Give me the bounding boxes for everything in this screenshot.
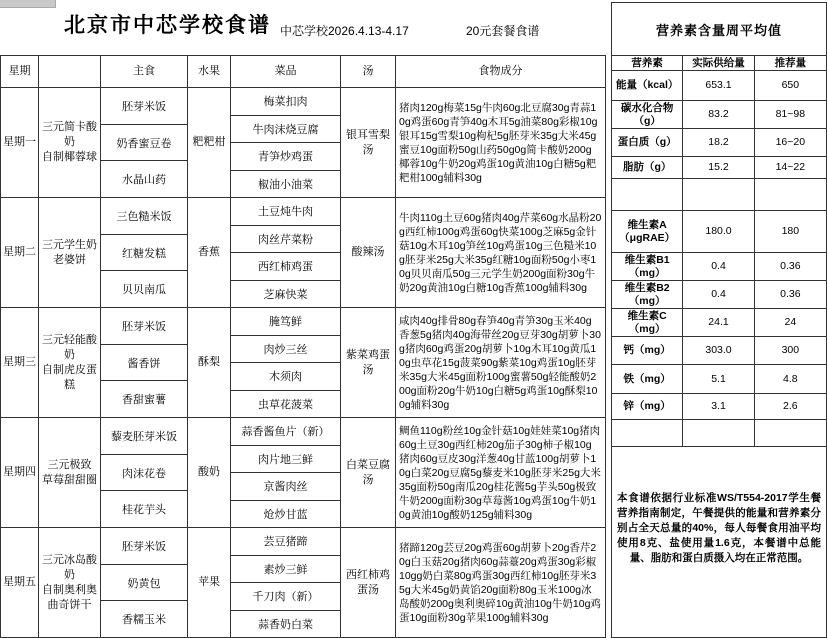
dish-item: 芝麻快菜 (231, 281, 340, 308)
fruit-cell: 苹果 (188, 528, 231, 638)
nutrient-recommended: 180 (755, 211, 826, 253)
dish-item: 肉片地三鲜 (231, 446, 340, 474)
nutrient-actual: 3.1 (683, 394, 754, 420)
nutrition-row-vitamin-a: 维生素A（μgRAE） 180.0 180 (612, 211, 826, 253)
staples-stack: 藜麦胚芽米饭 肉沫花卷 桂花芋头 (101, 418, 188, 528)
dishes-stack: 土豆炖牛肉 肉丝芹菜粉 西红柿鸡蛋 芝麻快菜 (231, 198, 341, 308)
meal-price-label: 20元套餐食谱 (466, 22, 539, 39)
soup-cell: 银耳雪梨汤 (341, 88, 396, 198)
col-header-day: 星期 (1, 56, 39, 88)
menu-row-monday: 星期一 三元简卡酸奶 自制椰蓉球 胚芽米饭 奶香蜜豆卷 水晶山药 粑粑柑 梅菜扣… (1, 88, 606, 198)
nutrition-row-vitamin-c: 维生素C（mg） 24.1 24 (612, 309, 826, 337)
nutrient-actual: 18.2 (683, 129, 754, 157)
dish-item: 牛肉沫烧豆腐 (231, 116, 340, 144)
dish-item: 千刀肉（新） (231, 583, 340, 611)
nutrient-actual: 0.4 (683, 281, 754, 309)
ingredients-text: 猪蹄120g芸豆20g鸡蛋60g胡萝卜20g香芹20g白玉菇20g猪肉60g蒜薹… (399, 541, 602, 625)
nutrition-row-protein: 蛋白质（g） 18.2 16~20 (612, 129, 826, 157)
ingredients-text: 鲷鱼110g粉丝10g金针菇10g娃娃菜10g猪肉60g土豆30g西红柿20g茄… (399, 424, 602, 522)
dish-item: 虫草花菠菜 (231, 391, 340, 418)
nutrition-row-vitamin-b1: 维生素B1（mg） 0.4 0.36 (612, 253, 826, 281)
ingredients-text: 咸肉40g排骨80g春笋40g青笋30g玉米40g香葱5g猪肉40g海带丝20g… (399, 314, 602, 412)
fruit-cell: 粑粑柑 (188, 88, 231, 198)
nutrient-recommended: 14~22 (755, 157, 826, 179)
menu-row-friday: 星期五 三元冰岛酸奶 自制奥利奥曲奇饼干 胚芽米饭 奶黄包 香糯玉米 苹果 芸豆… (1, 528, 606, 638)
nutrient-actual: 83.2 (683, 101, 754, 129)
nutrition-row-iron: 铁（mg） 5.1 4.8 (612, 365, 826, 394)
nutrient-actual: 5.1 (683, 365, 754, 394)
nutrient-name: 能量（kcal） (612, 71, 683, 101)
dish-item: 梅菜扣肉 (231, 88, 340, 116)
ingredients-cell: 鲷鱼110g粉丝10g金针菇10g娃娃菜10g猪肉60g土豆30g西红柿20g茄… (396, 418, 606, 528)
nutrient-recommended: 300 (755, 337, 826, 365)
dishes-stack: 芸豆猪蹄 素炒三鲜 千刀肉（新） 蒜香奶白菜 (231, 528, 341, 638)
nutrition-row-spacer (612, 420, 826, 447)
col-header-soup: 汤 (341, 56, 396, 88)
dishes-stack: 腌笃鲜 肉炒三丝 木须肉 虫草花菠菜 (231, 308, 341, 418)
nutrition-row-vitamin-b2: 维生素B2（mg） 0.4 0.36 (612, 281, 826, 309)
nutrition-panel: 营养素含量周平均值 营养素 实际供给量 推荐量 能量（kcal） 653.1 6… (611, 2, 827, 638)
nutrient-name: 蛋白质（g） (612, 129, 683, 157)
ingredients-text: 猪肉120g梅菜15g牛肉60g北豆腐30g青蒜10g鸡蛋60g青笋40g木耳5… (399, 101, 602, 185)
staple-item: 红糖发糕 (101, 235, 187, 272)
nutrient-recommended: 0.36 (755, 281, 826, 309)
col-header-extras (39, 56, 101, 88)
nutrient-recommended: 2.6 (755, 394, 826, 420)
staple-item: 奶香蜜豆卷 (101, 125, 187, 162)
staple-item: 胚芽米饭 (101, 308, 187, 345)
staple-item: 贝贝南瓜 (101, 271, 187, 307)
staples-stack: 胚芽米饭 酱香饼 香甜蜜薯 (101, 308, 188, 418)
nutrient-recommended: 24 (755, 309, 826, 337)
staple-item: 香糯玉米 (101, 601, 187, 637)
dish-item: 蒜香酱鱼片（新） (231, 418, 340, 446)
col-header-nutrient: 营养素 (612, 56, 683, 71)
nutrient-name: 锌（mg） (612, 394, 683, 420)
staple-item: 三色糙米饭 (101, 198, 187, 235)
staple-item: 胚芽米饭 (101, 528, 187, 565)
menu-document: 北京市中芯学校食谱 中芯学校2026.4.13-4.17 20元套餐食谱 星期 … (0, 0, 827, 638)
nutrition-row-spacer (612, 179, 826, 211)
dairy-snack: 三元简卡酸奶 自制椰蓉球 (39, 88, 101, 198)
nutrition-row-energy: 能量（kcal） 653.1 650 (612, 71, 826, 101)
staple-item: 奶黄包 (101, 565, 187, 602)
staple-item: 桂花芋头 (101, 491, 187, 527)
nutrient-name: 脂肪（g） (612, 157, 683, 179)
col-header-fruit: 水果 (188, 56, 231, 88)
dairy-snack: 三元冰岛酸奶 自制奥利奥曲奇饼干 (39, 528, 101, 638)
dish-item: 西红柿鸡蛋 (231, 253, 340, 281)
nutrient-recommended: 16~20 (755, 129, 826, 157)
nutrient-name: 钙（mg） (612, 337, 683, 365)
nutrition-note: 本食谱依据行业标准WS/T554-2017学生餐营养指南制定，午餐提供的能量和营… (617, 491, 821, 566)
col-header-recommended: 推荐量 (755, 56, 826, 71)
nutrition-row-fat: 脂肪（g） 15.2 14~22 (612, 157, 826, 179)
dishes-stack: 梅菜扣肉 牛肉沫烧豆腐 青笋炒鸡蛋 椒油小油菜 (231, 88, 341, 198)
ingredients-cell: 咸肉40g排骨80g春笋40g青笋30g玉米40g香葱5g猪肉40g海带丝20g… (396, 308, 606, 418)
day-label: 星期三 (1, 308, 39, 418)
dairy-snack: 三元学生奶 老婆饼 (39, 198, 101, 308)
menu-header-row: 星期 主食 水果 菜品 汤 食物成分 (1, 56, 606, 88)
fruit-cell: 香蕉 (188, 198, 231, 308)
dish-item: 炝炒甘蓝 (231, 501, 340, 528)
nutrition-note-area: 本食谱依据行业标准WS/T554-2017学生餐营养指南制定，午餐提供的能量和营… (612, 447, 826, 637)
nutrition-row-carbs: 碳水化合物（g） 83.2 81~98 (612, 101, 826, 129)
day-label: 星期五 (1, 528, 39, 638)
day-label: 星期四 (1, 418, 39, 528)
dish-item: 腌笃鲜 (231, 308, 340, 336)
nutrient-actual: 0.4 (683, 253, 754, 281)
scan-corner-strip (0, 0, 56, 8)
dish-item: 青笋炒鸡蛋 (231, 143, 340, 171)
col-header-actual: 实际供给量 (683, 56, 754, 71)
weekly-menu-table: 星期 主食 水果 菜品 汤 食物成分 星期一 三元简卡酸奶 自制椰蓉球 胚芽米饭… (0, 55, 606, 638)
dish-item: 素炒三鲜 (231, 556, 340, 584)
day-label: 星期一 (1, 88, 39, 198)
ingredients-cell: 猪蹄120g芸豆20g鸡蛋60g胡萝卜20g香芹20g白玉菇20g猪肉60g蒜薹… (396, 528, 606, 638)
nutrition-title: 营养素含量周平均值 (612, 3, 826, 56)
menu-row-tuesday: 星期二 三元学生奶 老婆饼 三色糙米饭 红糖发糕 贝贝南瓜 香蕉 土豆炖牛肉 肉… (1, 198, 606, 308)
nutrient-recommended: 0.36 (755, 253, 826, 281)
nutrient-name: 碳水化合物（g） (612, 101, 683, 129)
staple-item: 胚芽米饭 (101, 88, 187, 125)
ingredients-text: 牛肉110g土豆60g猪肉40g芹菜60g水晶粉20g西红柿100g鸡蛋60g快… (399, 211, 602, 295)
nutrient-actual: 24.1 (683, 309, 754, 337)
dish-item: 土豆炖牛肉 (231, 198, 340, 226)
nutrient-name: 维生素B2（mg） (612, 281, 683, 309)
col-header-ingredients: 食物成分 (396, 56, 606, 88)
nutrient-actual: 180.0 (683, 211, 754, 253)
dish-item: 肉丝芹菜粉 (231, 226, 340, 254)
nutrient-name: 维生素C（mg） (612, 309, 683, 337)
dairy-snack: 三元极致 草莓甜甜圈 (39, 418, 101, 528)
dish-item: 京酱肉丝 (231, 473, 340, 501)
page-title: 北京市中芯学校食谱 (64, 9, 271, 39)
staples-stack: 胚芽米饭 奶香蜜豆卷 水晶山药 (101, 88, 188, 198)
dish-item: 肉炒三丝 (231, 336, 340, 364)
nutrient-actual: 303.0 (683, 337, 754, 365)
nutrition-row-zinc: 锌（mg） 3.1 2.6 (612, 394, 826, 420)
day-label: 星期二 (1, 198, 39, 308)
staple-item: 藜麦胚芽米饭 (101, 418, 187, 455)
nutrient-actual: 15.2 (683, 157, 754, 179)
staples-stack: 三色糙米饭 红糖发糕 贝贝南瓜 (101, 198, 188, 308)
staple-item: 酱香饼 (101, 345, 187, 382)
menu-row-wednesday: 星期三 三元轻能酸奶 自制虎皮蛋糕 胚芽米饭 酱香饼 香甜蜜薯 酥梨 腌笃鲜 肉… (1, 308, 606, 418)
staple-item: 香甜蜜薯 (101, 381, 187, 417)
dish-item: 芸豆猪蹄 (231, 528, 340, 556)
fruit-cell: 酥梨 (188, 308, 231, 418)
nutrient-name: 维生素B1（mg） (612, 253, 683, 281)
staple-item: 肉沫花卷 (101, 455, 187, 492)
dishes-stack: 蒜香酱鱼片（新） 肉片地三鲜 京酱肉丝 炝炒甘蓝 (231, 418, 341, 528)
menu-row-thursday: 星期四 三元极致 草莓甜甜圈 藜麦胚芽米饭 肉沫花卷 桂花芋头 酸奶 蒜香酱鱼片… (1, 418, 606, 528)
col-header-staple: 主食 (101, 56, 188, 88)
soup-cell: 紫菜鸡蛋汤 (341, 308, 396, 418)
nutrient-recommended: 4.8 (755, 365, 826, 394)
nutrition-header-row: 营养素 实际供给量 推荐量 (612, 56, 826, 71)
dish-item: 木须肉 (231, 363, 340, 391)
staples-stack: 胚芽米饭 奶黄包 香糯玉米 (101, 528, 188, 638)
nutrition-row-calcium: 钙（mg） 303.0 300 (612, 337, 826, 365)
school-week-label: 中芯学校2026.4.13-4.17 (280, 22, 409, 39)
dish-item: 蒜香奶白菜 (231, 611, 340, 638)
col-header-dishes: 菜品 (231, 56, 341, 88)
nutrient-actual: 653.1 (683, 71, 754, 101)
fruit-cell: 酸奶 (188, 418, 231, 528)
staple-item: 水晶山药 (101, 161, 187, 197)
nutrient-name: 维生素A（μgRAE） (612, 211, 683, 253)
nutrient-name: 铁（mg） (612, 365, 683, 394)
ingredients-cell: 牛肉110g土豆60g猪肉40g芹菜60g水晶粉20g西红柿100g鸡蛋60g快… (396, 198, 606, 308)
soup-cell: 西红柿鸡蛋汤 (341, 528, 396, 638)
nutrient-recommended: 650 (755, 71, 826, 101)
dish-item: 椒油小油菜 (231, 171, 340, 198)
nutrient-recommended: 81~98 (755, 101, 826, 129)
dairy-snack: 三元轻能酸奶 自制虎皮蛋糕 (39, 308, 101, 418)
ingredients-cell: 猪肉120g梅菜15g牛肉60g北豆腐30g青蒜10g鸡蛋60g青笋40g木耳5… (396, 88, 606, 198)
soup-cell: 酸辣汤 (341, 198, 396, 308)
soup-cell: 白菜豆腐汤 (341, 418, 396, 528)
